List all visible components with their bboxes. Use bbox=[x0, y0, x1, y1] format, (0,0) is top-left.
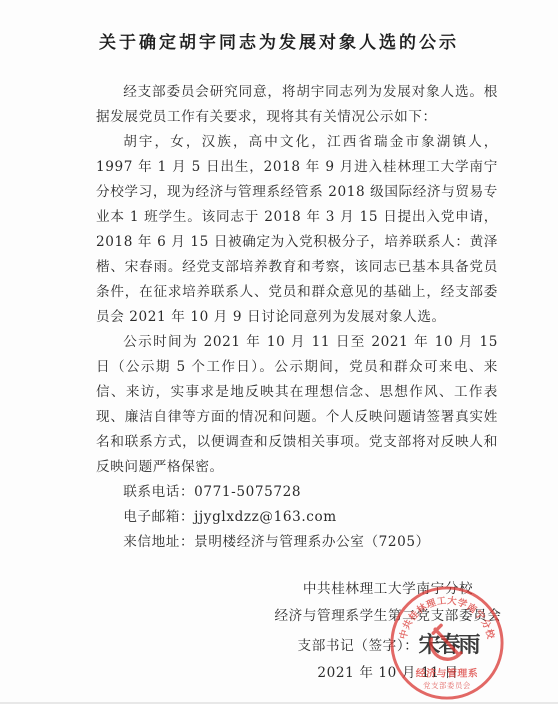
contact-phone-label: 联系电话： bbox=[123, 484, 194, 500]
contact-email-value: jjyglxdzz@163.com bbox=[194, 509, 337, 525]
document-body: 经支部委员会研究同意，将胡宇同志列为发展对象人选。根据发展党员工作有关要求，现将… bbox=[96, 80, 498, 555]
paragraph-intro: 经支部委员会研究同意，将胡宇同志列为发展对象人选。根据发展党员工作有关要求，现将… bbox=[96, 80, 498, 130]
document-title: 关于确定胡宇同志为发展对象人选的公示 bbox=[0, 28, 558, 53]
paragraph-candidate-info: 胡宇，女，汉族，高中文化，江西省瑞金市象湖镇人，1997 年 1 月 5 日出生… bbox=[96, 130, 498, 330]
signature-org-line1: 中共桂林理工大学南宁分校 bbox=[258, 576, 518, 603]
contact-address-value: 景明楼经济与管理系办公室（7205） bbox=[194, 534, 430, 550]
signature-date: 2021 年 10 月 11 日 bbox=[258, 660, 518, 687]
document-page: 关于确定胡宇同志为发展对象人选的公示 经支部委员会研究同意，将胡宇同志列为发展对… bbox=[0, 0, 558, 704]
signature-block: 中共桂林理工大学南宁分校 经济与管理系学生第二党支部委员会 支部书记（签字）：宋… bbox=[258, 576, 518, 687]
contact-email: 电子邮箱：jjyglxdzz@163.com bbox=[96, 505, 498, 530]
contact-email-label: 电子邮箱： bbox=[123, 509, 194, 525]
signature-org-line2: 经济与管理系学生第二党支部委员会 bbox=[258, 603, 518, 630]
secretary-handwritten-signature: 宋春雨 bbox=[418, 633, 478, 658]
contact-phone: 联系电话：0771-5075728 bbox=[96, 480, 498, 505]
contact-address: 来信地址：景明楼经济与管理系办公室（7205） bbox=[96, 530, 498, 555]
paragraph-notice-period: 公示时间为 2021 年 10 月 11 日至 2021 年 10 月 15 日… bbox=[96, 330, 498, 480]
contact-phone-value: 0771-5075728 bbox=[194, 484, 301, 500]
contact-address-label: 来信地址： bbox=[123, 534, 194, 550]
secretary-label: 支部书记（签字）： bbox=[298, 638, 419, 654]
signature-secretary: 支部书记（签字）：宋春雨 bbox=[258, 630, 518, 660]
